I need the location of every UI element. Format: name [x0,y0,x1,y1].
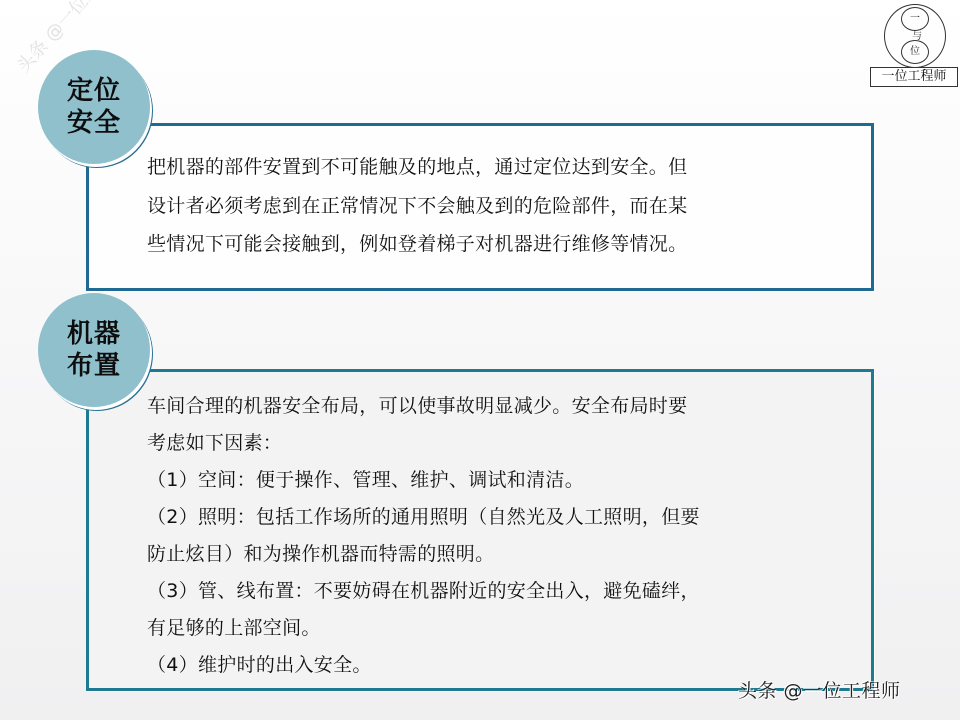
body-line: （1）空间：便于操作、管理、维护、调试和清洁。 [147,462,841,499]
body-line: （2）照明：包括工作场所的通用照明（自然光及人工照明，但要 [147,499,841,536]
brand-logo: 一 与 位 一位工程师 [868,3,958,87]
section-body: 把机器的部件安置到不可能触及的地点，通过定位达到安全。但 设计者必须考虑到在正常… [147,148,841,264]
body-line: 些情况下可能会接触到，例如登着梯子对机器进行维修等情况。 [147,225,841,264]
logo-label: 一位工程师 [870,67,958,87]
section-badge-positioning-safety: 定位 安全 [38,50,150,164]
body-line: 设计者必须考虑到在正常情况下不会触及到的危险部件，而在某 [147,187,841,226]
section-body: 车间合理的机器安全布局，可以使事故明显减少。安全布局时要 考虑如下因素： （1）… [147,388,841,684]
logo-bottom-circle: 位 [901,40,929,64]
body-line: 车间合理的机器安全布局，可以使事故明显减少。安全布局时要 [147,388,841,425]
body-line: 防止炫目）和为操作机器而特需的照明。 [147,536,841,573]
body-line: 考虑如下因素： [147,425,841,462]
logo-ring-icon: 一 与 位 [884,4,946,68]
body-line: 有足够的上部空间。 [147,610,841,647]
content-box-positioning-safety: 把机器的部件安置到不可能触及的地点，通过定位达到安全。但 设计者必须考虑到在正常… [86,123,874,291]
body-line: 把机器的部件安置到不可能触及的地点，通过定位达到安全。但 [147,148,841,187]
badge-text-line2: 布置 [67,350,121,382]
footer-watermark: 头条 @一位工程师 [738,676,901,703]
content-box-machine-layout: 车间合理的机器安全布局，可以使事故明显减少。安全布局时要 考虑如下因素： （1）… [86,369,874,691]
section-badge-machine-layout: 机器 布置 [38,293,150,407]
badge-text-line1: 定位 [67,75,121,107]
badge-text-line1: 机器 [67,318,121,350]
body-line: （3）管、线布置：不要妨碍在机器附近的安全出入，避免磕绊， [147,573,841,610]
badge-text-line2: 安全 [67,107,121,139]
body-line: （4）维护时的出入安全。 [147,647,841,684]
